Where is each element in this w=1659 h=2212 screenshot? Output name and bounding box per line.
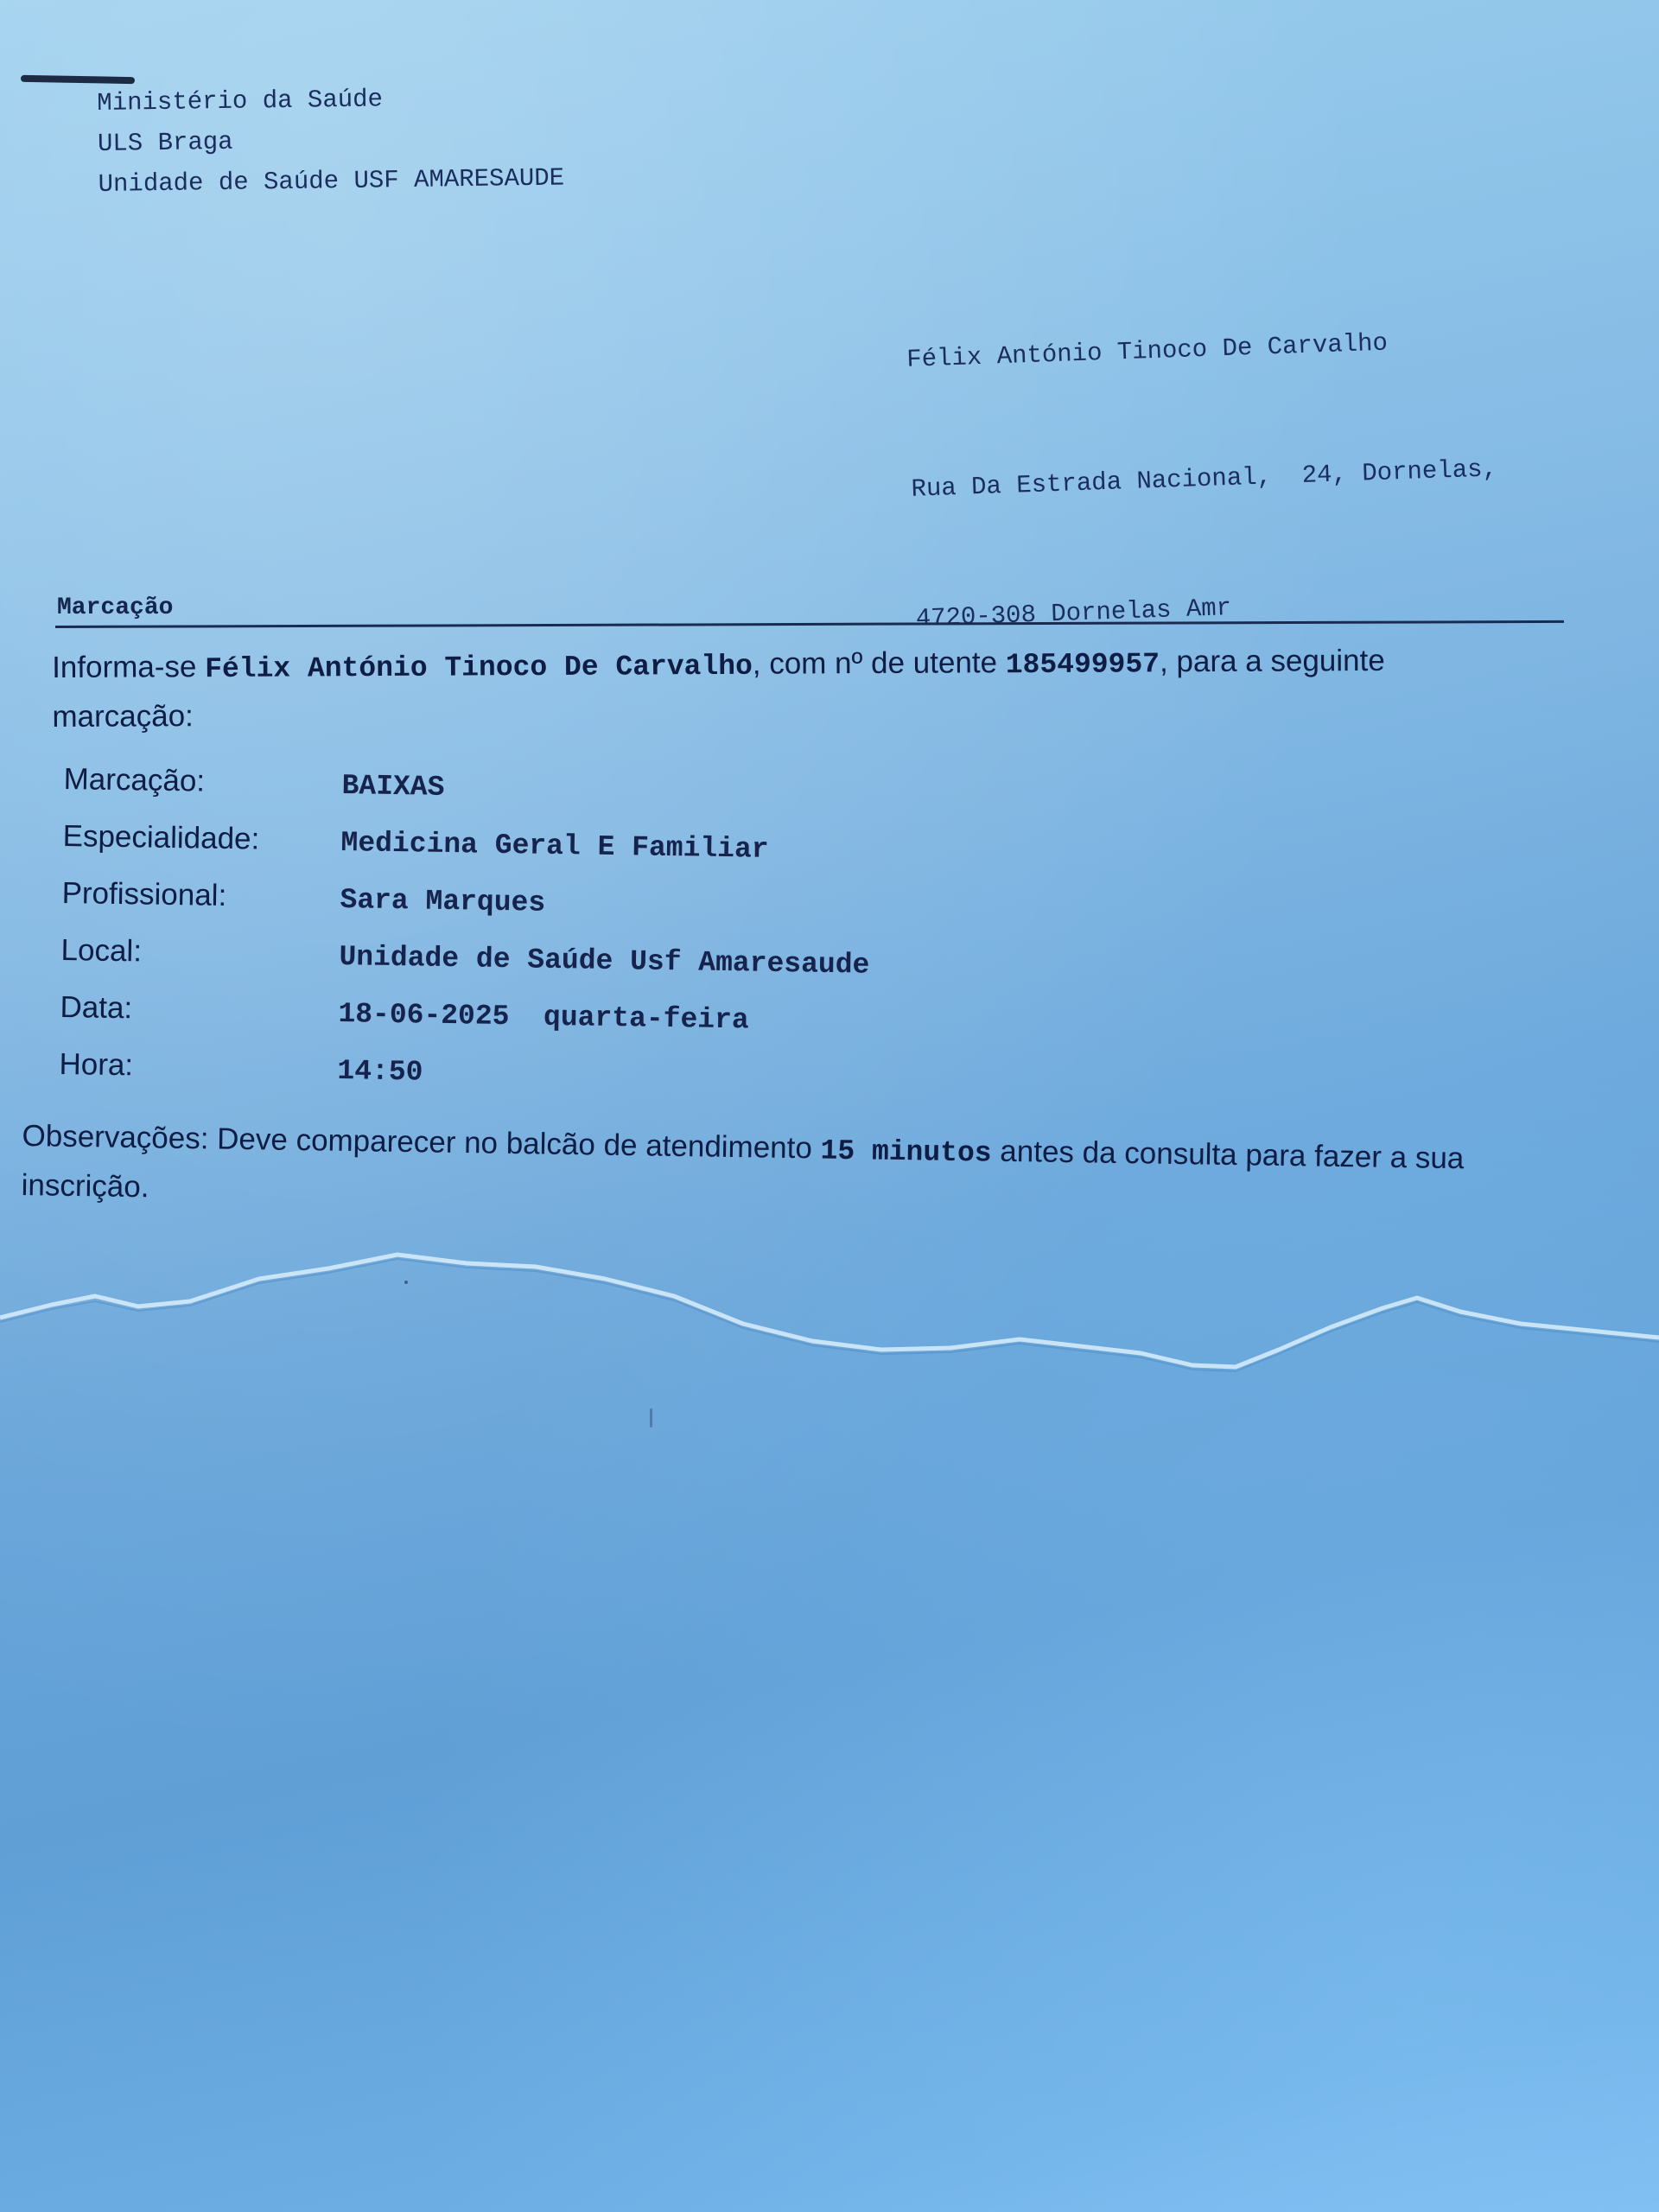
- detail-value: Medicina Geral E Familiar: [340, 827, 769, 866]
- intro-prefix: Informa-se: [52, 650, 205, 684]
- detail-label: Marcação:: [63, 762, 342, 801]
- intro-paragraph: Informa-se Félix António Tinoco De Carva…: [52, 637, 1522, 741]
- sender-uls: ULS Braga: [98, 117, 564, 164]
- sender-ministry: Ministério da Saúde: [97, 76, 563, 124]
- observations-minutes: 15 minutos: [820, 1135, 992, 1170]
- detail-value: 14:50: [337, 1055, 423, 1089]
- paper-mark: [650, 1408, 652, 1427]
- detail-label: Profissional:: [61, 876, 340, 915]
- recipient-address-line-2: 4720-308 Dornelas Amr: [915, 577, 1503, 641]
- detail-label: Hora:: [59, 1047, 338, 1086]
- detail-value: 18-06-2025 quarta-feira: [338, 998, 749, 1036]
- intro-utente-number: 185499957: [1006, 648, 1160, 681]
- recipient-block: Félix António Tinoco De Carvalho Rua Da …: [903, 232, 1504, 683]
- recipient-address-line-1: Rua Da Estrada Nacional, 24, Dornelas,: [911, 448, 1498, 512]
- detail-label: Especialidade:: [62, 819, 341, 858]
- intro-patient-name: Félix António Tinoco De Carvalho: [205, 651, 753, 685]
- paper-tear-line: [0, 1244, 1659, 1417]
- observations-prefix: Observações: Deve comparecer no balcão d…: [22, 1119, 821, 1166]
- detail-label: Local:: [60, 933, 340, 972]
- section-title: Marcação: [57, 594, 173, 621]
- sender-block: Ministério da Saúde ULS Braga Unidade de…: [97, 76, 564, 205]
- observations-paragraph: Observações: Deve comparecer no balcão d…: [21, 1113, 1526, 1232]
- detail-row-hora: Hora: 14:50: [59, 1047, 868, 1117]
- intro-middle: , com nº de utente: [753, 645, 1006, 681]
- detail-label: Data:: [60, 990, 339, 1029]
- recipient-name: Félix António Tinoco De Carvalho: [906, 318, 1493, 382]
- detail-value: Unidade de Saúde Usf Amaresaude: [339, 941, 869, 982]
- ink-speck: [404, 1281, 408, 1284]
- appointment-details: Marcação: BAIXAS Especialidade: Medicina…: [59, 762, 873, 1117]
- sender-unit: Unidade de Saúde USF AMARESAUDE: [98, 157, 564, 205]
- detail-value: BAIXAS: [341, 770, 444, 804]
- detail-value: Sara Marques: [340, 884, 545, 919]
